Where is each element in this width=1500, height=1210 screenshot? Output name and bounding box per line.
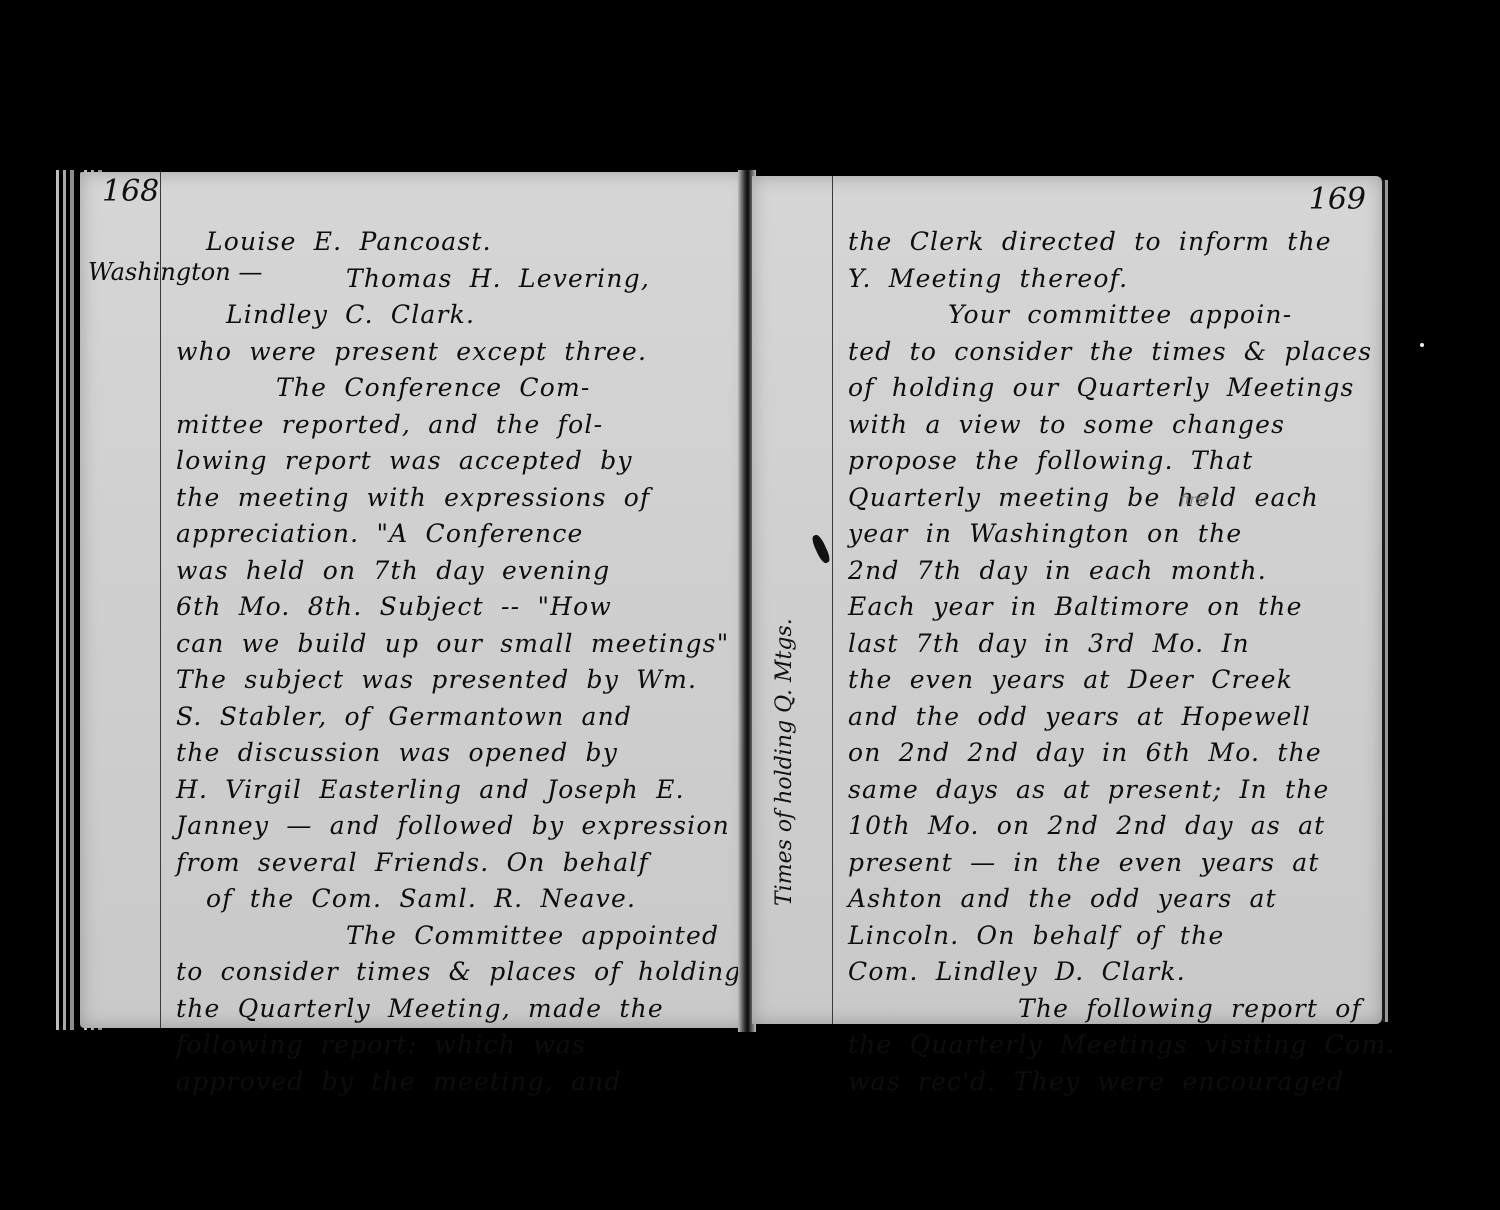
- text-line: the even years at Deer Creek: [848, 662, 1368, 699]
- interlinear-note: first: [1180, 492, 1209, 508]
- text-line: was rec'd. They were encouraged: [848, 1064, 1368, 1101]
- text-line: last 7th day in 3rd Mo. In: [848, 626, 1368, 663]
- text-line: the Quarterly Meeting, made the: [176, 991, 734, 1028]
- margin-label-washington: Washington —: [88, 258, 262, 286]
- open-ledger-book: 168 Louise E. Pancoast. Thomas H. Leveri…: [52, 170, 1412, 1035]
- text-line: Your committee appoin-: [848, 297, 1368, 334]
- text-line: The Committee appointed: [176, 918, 734, 955]
- text-line: The Conference Com-: [176, 370, 734, 407]
- dust-speck: [1420, 343, 1424, 347]
- text-line: the discussion was opened by: [176, 735, 734, 772]
- text-line: The subject was presented by Wm.: [176, 662, 734, 699]
- page-number-right: 169: [1309, 182, 1366, 217]
- text-line: on 2nd 2nd day in 6th Mo. the: [848, 735, 1368, 772]
- text-line: who were present except three.: [176, 334, 734, 371]
- text-line: same days as at present; In the: [848, 772, 1368, 809]
- text-line: of the Com. Saml. R. Neave.: [176, 881, 734, 918]
- text-line: was held on 7th day evening: [176, 553, 734, 590]
- text-line: The following report of: [848, 991, 1368, 1028]
- text-line: Each year in Baltimore on the: [848, 589, 1368, 626]
- side-note-vertical: Times of holding Q. Mtgs.: [760, 506, 810, 906]
- text-line: Com. Lindley D. Clark.: [848, 954, 1368, 991]
- text-line: Janney — and followed by expression: [176, 808, 734, 845]
- text-line: 2nd 7th day in each month.: [848, 553, 1368, 590]
- text-line: the meeting with expressions of: [176, 480, 734, 517]
- margin-rule: [160, 172, 161, 1028]
- text-line: H. Virgil Easterling and Joseph E.: [176, 772, 734, 809]
- text-line: lowing report was accepted by: [176, 443, 734, 480]
- text-line: ted to consider the times & places: [848, 334, 1368, 371]
- text-line: Quarterly meeting be held each: [848, 480, 1368, 517]
- text-line: S. Stabler, of Germantown and: [176, 699, 734, 736]
- text-line: Lindley C. Clark.: [176, 297, 734, 334]
- text-line: 10th Mo. on 2nd 2nd day as at: [848, 808, 1368, 845]
- text-line: the Clerk directed to inform the: [848, 224, 1368, 261]
- text-line: to consider times & places of holding: [176, 954, 734, 991]
- margin-rule: [832, 176, 833, 1024]
- text-line: 6th Mo. 8th. Subject -- "How: [176, 589, 734, 626]
- text-line: propose the following. That: [848, 443, 1368, 480]
- right-page: 169 Times of holding Q. Mtgs. the Clerk …: [752, 176, 1382, 1024]
- text-line: from several Friends. On behalf: [176, 845, 734, 882]
- text-line: following report: which was: [176, 1027, 734, 1064]
- text-line: appreciation. "A Conference: [176, 516, 734, 553]
- text-line: can we build up our small meetings": [176, 626, 734, 663]
- text-line: the Quarterly Meetings visiting Com.: [848, 1027, 1368, 1064]
- text-line: Y. Meeting thereof.: [848, 261, 1368, 298]
- text-line: Louise E. Pancoast.: [176, 224, 734, 261]
- text-line: with a view to some changes: [848, 407, 1368, 444]
- text-line: year in Washington on the: [848, 516, 1368, 553]
- text-line: mittee reported, and the fol-: [176, 407, 734, 444]
- text-line: Ashton and the odd years at: [848, 881, 1368, 918]
- text-line: of holding our Quarterly Meetings: [848, 370, 1368, 407]
- text-line: approved by the meeting, and: [176, 1064, 734, 1101]
- ink-blot: [810, 533, 832, 564]
- text-line: Lincoln. On behalf of the: [848, 918, 1368, 955]
- text-line: and the odd years at Hopewell: [848, 699, 1368, 736]
- left-page-text: Louise E. Pancoast. Thomas H. Levering, …: [176, 224, 734, 1100]
- book-right-edge: [1382, 180, 1392, 1022]
- left-page: 168 Louise E. Pancoast. Thomas H. Leveri…: [80, 172, 748, 1028]
- page-number-left: 168: [102, 174, 159, 209]
- text-line: present — in the even years at: [848, 845, 1368, 882]
- right-page-text: the Clerk directed to inform the Y. Meet…: [848, 224, 1368, 1100]
